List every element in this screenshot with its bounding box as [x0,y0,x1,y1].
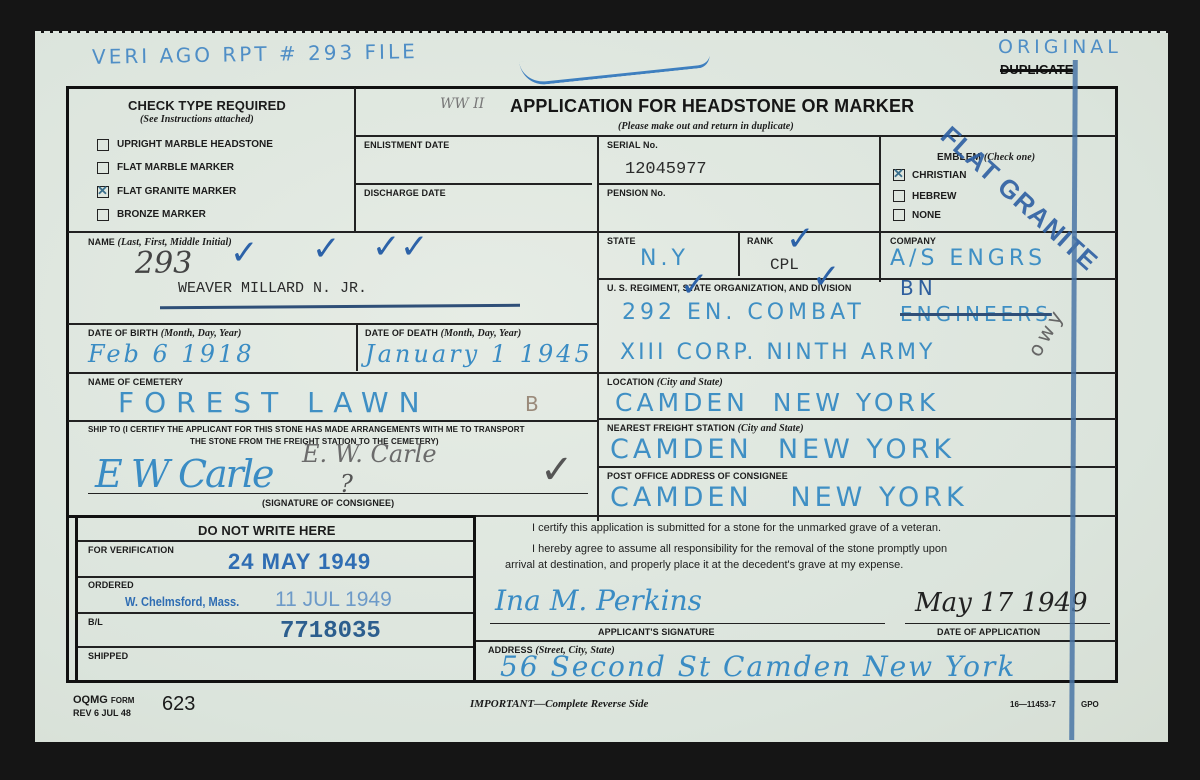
frame-left [66,86,69,681]
print-code: 16—11453-7 [1010,700,1056,709]
frame-right [1115,86,1118,681]
shipped-label: SHIPPED [88,651,128,661]
divider [597,136,599,521]
important-note: IMPORTANT—Complete Reverse Side [470,698,648,710]
divider [599,183,879,185]
cemetery-value[interactable]: FOREST LAWN [118,386,430,419]
ordered-date-stamp: 11 JUL 1949 [275,588,392,612]
company-label: COMPANY [890,236,936,246]
frame-top [66,86,1118,89]
certification-line2: I hereby agree to assume all responsibil… [532,543,947,555]
date-of-death-value[interactable]: January 1 1945 [365,340,593,368]
option-label: NONE [912,210,941,221]
name-number-note: 293 [135,246,192,281]
bl-value: 7718035 [280,618,381,645]
divider [356,183,592,185]
date-of-death-label: DATE OF DEATH (Month, Day, Year) [365,328,521,339]
applicant-signature-caption: APPLICANT'S SIGNATURE [598,627,715,637]
divider [599,418,1116,420]
check-mark-icon: ✓ [400,230,429,264]
divider [599,466,1116,468]
ww-note: WW II [440,96,484,112]
location-value[interactable]: CAMDEN NEW YORK [615,388,939,417]
date-of-application-caption: DATE OF APPLICATION [937,627,1040,637]
gpo-label: GPO [1081,700,1099,709]
freight-station-label: NEAREST FREIGHT STATION (City and State) [607,423,804,434]
bl-label: B/L [88,617,103,627]
name-value[interactable]: WEAVER MILLARD N. JR. [178,280,367,297]
divider [490,623,885,624]
po-address-value[interactable]: CAMDEN NEW YORK [610,482,968,513]
option-label: FLAT MARBLE MARKER [117,162,234,173]
check-mark-icon: ✓ [312,232,341,266]
discharge-date-label: DISCHARGE DATE [364,188,446,198]
checkbox-upright-marble-headstone[interactable] [97,139,109,151]
divider [476,515,1116,517]
discharge-date-field[interactable] [360,200,588,228]
divider [78,540,473,542]
date-of-birth-value[interactable]: Feb 6 1918 [88,340,255,368]
copy-original-note: ORIGINAL [998,36,1122,58]
regiment-line2-value[interactable]: XIII CORP. NINTH ARMY [620,340,935,365]
option-label: FLAT GRANITE MARKER [117,186,236,197]
ordered-place-stamp: W. Chelmsford, Mass. [125,594,239,609]
cemetery-suffix: B [525,392,543,416]
divider [354,88,356,231]
applicant-signature-value[interactable]: Ina M. Perkins [495,584,702,617]
option-label: CHRISTIAN [912,170,966,181]
ship-to-label-line1: SHIP TO (I CERTIFY THE APPLICANT FOR THI… [88,425,525,434]
divider [78,646,473,648]
regiment-line1-value[interactable]: 292 EN. COMBAT [622,300,865,325]
checkbox-emblem-hebrew[interactable] [893,190,905,202]
office-use-heading: DO NOT WRITE HERE [198,523,335,538]
check-mark-icon: ✓ [540,450,574,490]
option-label: BRONZE MARKER [117,209,206,220]
divider [599,278,1116,280]
divider [68,231,1116,233]
divider [356,323,358,371]
checkbox-emblem-none[interactable] [893,209,905,221]
po-address-label: POST OFFICE ADDRESS OF CONSIGNEE [607,471,788,481]
divider [78,612,473,614]
divider [473,515,476,681]
serial-no-value[interactable]: 12045977 [625,160,707,179]
divider [476,640,1116,642]
form-agency-label: OQMG FORM REV 6 JUL 48 [73,694,134,719]
divider [738,232,740,276]
divider [68,323,598,325]
divider [68,372,1116,374]
certification-line3: arrival at destination, and properly pla… [505,559,903,571]
check-type-subheading: (See Instructions attached) [140,114,254,125]
ordered-label: ORDERED [88,580,134,590]
rank-label: RANK [747,236,773,246]
pension-no-field[interactable] [603,200,873,228]
check-mark-icon: ✓ [812,260,841,294]
divider [68,420,598,422]
pension-no-label: PENSION No. [607,188,666,198]
location-label: LOCATION (City and State) [607,377,723,388]
divider [68,515,476,518]
duplicate-struck-label: DUPLICATE [1000,62,1073,77]
option-label: HEBREW [912,191,956,202]
check-type-heading: CHECK TYPE REQUIRED [128,98,286,113]
divider [356,135,1116,137]
verification-stamp: 24 MAY 1949 [228,549,371,575]
form-title: APPLICATION FOR HEADSTONE OR MARKER [510,96,914,117]
option-label: UPRIGHT MARBLE HEADSTONE [117,139,273,150]
state-label: STATE [607,236,636,246]
address-value[interactable]: 56 Second St Camden New York [500,650,1016,683]
freight-station-value[interactable]: CAMDEN NEW YORK [610,434,955,465]
consignee-signature-caption: (SIGNATURE OF CONSIGNEE) [262,498,394,508]
serial-no-label: SERIAL No. [607,140,658,150]
consignee-pencil-note: E. W. Carle [302,440,437,468]
certification-line1: I certify this application is submitted … [532,522,941,534]
enlistment-date-field[interactable] [360,152,588,180]
date-of-application-value[interactable]: May 17 1949 [915,588,1088,618]
divider [879,136,881,282]
check-mark-icon: ✓ [680,268,709,302]
checkbox-flat-marble-marker[interactable] [97,162,109,174]
company-value[interactable]: A/S ENGRS [890,246,1046,271]
form-number: 623 [162,693,195,716]
regiment-struck-word: ENGINEERS [900,302,1052,326]
regiment-insert-note: BN [900,276,937,300]
check-mark-icon: ✓ [230,236,259,270]
enlistment-date-label: ENLISTMENT DATE [364,140,449,150]
form-subtitle: (Please make out and return in duplicate… [618,121,794,132]
date-of-birth-label: DATE OF BIRTH (Month, Day, Year) [88,328,241,339]
checkbox-bronze-marker[interactable] [97,209,109,221]
divider [905,623,1110,624]
checkbox-flat-granite-marker[interactable] [97,186,109,198]
divider [88,493,588,494]
divider [78,576,473,578]
consignee-signature[interactable]: E W Carle [95,452,273,496]
check-mark-icon: ✓ [786,222,815,256]
checkbox-emblem-christian[interactable] [893,169,905,181]
verification-label: FOR VERIFICATION [88,545,174,555]
check-mark-icon: ✓ [372,230,401,264]
